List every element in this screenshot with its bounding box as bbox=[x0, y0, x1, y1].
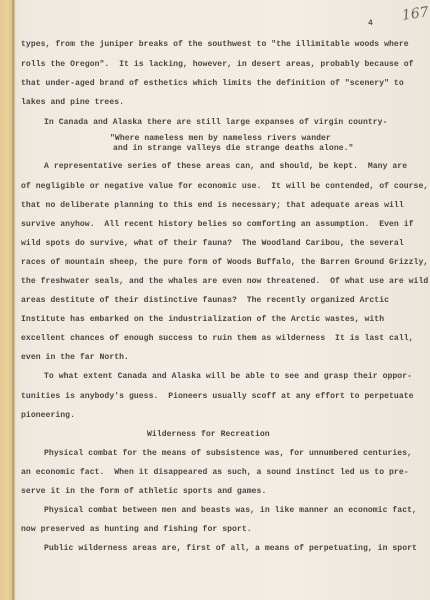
text-line: excellent chances of enough success to r… bbox=[21, 334, 414, 343]
section-heading: Wilderness for Recreation bbox=[147, 430, 270, 439]
text-line: survive anyhow. All recent history belie… bbox=[21, 220, 414, 229]
text-line: lakes and pine trees. bbox=[21, 98, 124, 107]
text-line: types, from the juniper breaks of the so… bbox=[21, 40, 409, 49]
text-line: serve it in the form of athletic sports … bbox=[21, 487, 266, 496]
text-line: pioneering. bbox=[21, 411, 75, 420]
text-line: In Canada and Alaska there are still lar… bbox=[44, 118, 388, 127]
text-line: of negligible or negative value for econ… bbox=[21, 182, 428, 191]
document-page: 167 4 types, from the juniper breaks of … bbox=[0, 0, 430, 600]
text-line: rolls the Oregon". It is lacking, howeve… bbox=[21, 60, 414, 69]
text-line: and in strange valleys die strange death… bbox=[113, 144, 353, 153]
text-line: "Where nameless men by nameless rivers w… bbox=[110, 134, 331, 143]
binding-edge-shadow bbox=[12, 0, 16, 600]
handwritten-page-number: 167 bbox=[401, 4, 430, 24]
text-line: an economic fact. When it disappeared as… bbox=[21, 468, 409, 477]
typed-page-number: 4 bbox=[368, 19, 373, 28]
text-line: Public wilderness areas are, first of al… bbox=[44, 544, 417, 553]
text-line: the freshwater seals, and the whales are… bbox=[21, 277, 428, 286]
text-line: Institute has embarked on the industrial… bbox=[21, 315, 384, 324]
text-line: that under-aged brand of esthetics which… bbox=[21, 79, 404, 88]
text-line: Physical combat for the means of subsist… bbox=[44, 449, 412, 458]
text-line: A representative series of these areas c… bbox=[44, 162, 407, 171]
text-line: Physical combat between men and beasts w… bbox=[44, 506, 417, 515]
text-line: races of mountain sheep, the pure form o… bbox=[21, 258, 428, 267]
text-line: wild spots do survive, what of their fau… bbox=[21, 239, 404, 248]
text-line: To what extent Canada and Alaska will be… bbox=[44, 372, 412, 381]
text-line: that no deliberate planning to this end … bbox=[21, 201, 404, 210]
text-line: areas destitute of their distinctive fau… bbox=[21, 296, 389, 305]
text-line: now preserved as hunting and fishing for… bbox=[21, 525, 252, 534]
text-line: even in the far North. bbox=[21, 353, 129, 362]
text-line: tunities is anybody's guess. Pioneers us… bbox=[21, 392, 414, 401]
